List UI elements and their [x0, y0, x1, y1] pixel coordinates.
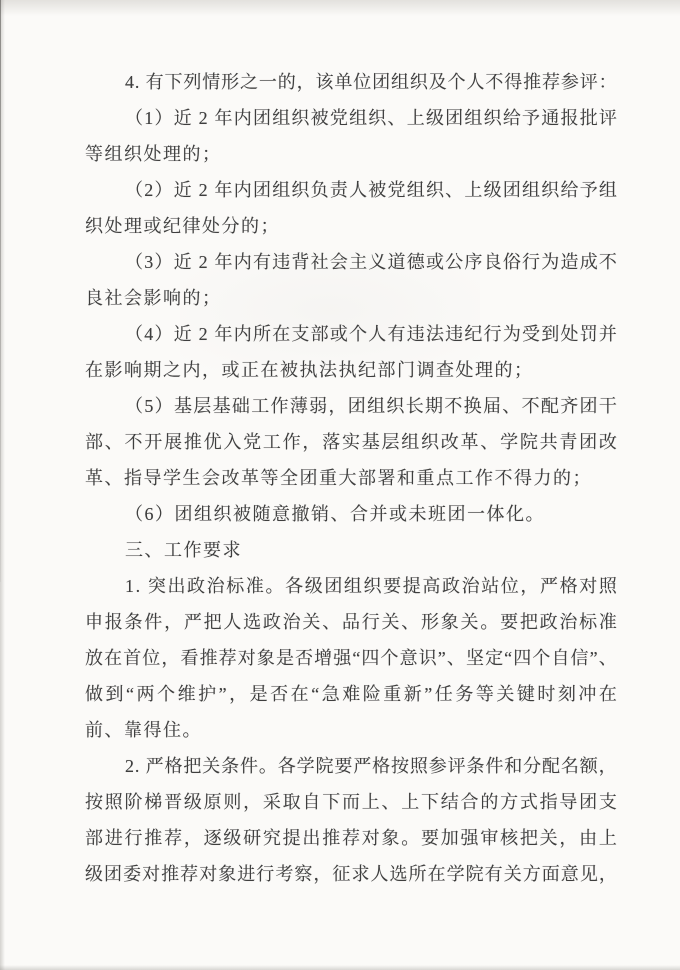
glyph: 内 [234, 316, 252, 352]
glyph: 院 [520, 424, 538, 460]
glyph: 处 [560, 316, 578, 352]
glyph: 要 [334, 748, 352, 784]
text-line: 做到“两个维护”，是否在“急难险重新”任务等关键时刻冲在 [85, 676, 617, 712]
glyph: 定 [485, 640, 503, 676]
glyph: 等 [476, 676, 494, 712]
glyph: ” [219, 676, 227, 712]
glyph: ” [424, 676, 432, 712]
glyph: 配 [542, 748, 560, 784]
glyph: 申 [85, 604, 103, 640]
glyph: . [135, 64, 140, 100]
glyph: 行 [125, 820, 143, 856]
glyph: 不 [522, 388, 540, 424]
glyph: 各 [278, 748, 296, 784]
glyph: 自 [551, 640, 569, 676]
glyph: 长 [406, 388, 424, 424]
text-line: （6）团组织被随意撤销、合并或未班团一体化。 [85, 496, 617, 532]
glyph: ， [559, 820, 577, 856]
glyph: 意 [400, 640, 418, 676]
glyph: 察 [294, 856, 312, 892]
glyph: 级 [426, 100, 444, 136]
text-line: 级团委对推荐对象进行考察，征求人选所在学院有关方面意见， [85, 856, 617, 892]
glyph: 组 [407, 172, 425, 208]
glyph: 通 [541, 100, 559, 136]
glyph: 评 [580, 64, 598, 100]
glyph: （ [125, 172, 143, 208]
glyph: 严 [540, 568, 558, 604]
glyph: 、 [502, 388, 520, 424]
glyph: 增 [314, 640, 332, 676]
glyph: 优 [204, 424, 222, 460]
glyph: 组 [599, 172, 617, 208]
glyph: 层 [193, 388, 211, 424]
glyph: 对 [199, 856, 217, 892]
glyph: ： [599, 64, 617, 100]
glyph: 团 [348, 388, 366, 424]
glyph: 在 [272, 316, 290, 352]
glyph: 个 [448, 64, 466, 100]
glyph: 年 [215, 244, 233, 280]
glyph: 织 [426, 172, 444, 208]
glyph: 人 [349, 172, 367, 208]
glyph: 位 [142, 640, 160, 676]
glyph: 形 [421, 604, 439, 640]
glyph: 组 [272, 100, 290, 136]
glyph: 究 [263, 820, 281, 856]
glyph: 近 [174, 316, 192, 352]
glyph: 级 [305, 568, 323, 604]
glyph: 织 [410, 64, 428, 100]
glyph: 为 [541, 244, 559, 280]
glyph: ） [154, 244, 172, 280]
glyph: 核 [500, 820, 518, 856]
glyph: 方 [500, 784, 518, 820]
glyph: 突 [148, 568, 166, 604]
glyph: 党 [243, 424, 261, 460]
text-line: 部进行推荐，逐级研究提出推荐对象。要加强审核把关，由上 [85, 820, 617, 856]
glyph: 关 [540, 820, 558, 856]
glyph: ” [438, 640, 446, 676]
glyph: 给 [503, 100, 521, 136]
glyph: 逐 [204, 820, 222, 856]
glyph: 不 [599, 244, 617, 280]
glyph: 照 [410, 748, 428, 784]
glyph: 配 [541, 388, 559, 424]
glyph: 单 [334, 64, 352, 100]
glyph: 展 [164, 424, 182, 460]
glyph: 违 [272, 244, 290, 280]
glyph: （ [125, 388, 143, 424]
text-line: 放在首位，看推荐对象是否增强“四个意识”、坚定“四个自信”、 [85, 640, 617, 676]
glyph: 组 [344, 568, 362, 604]
glyph: 织 [421, 424, 439, 460]
glyph: 有 [146, 64, 164, 100]
glyph: 织 [364, 568, 382, 604]
glyph: 有 [388, 316, 406, 352]
glyph: 共 [540, 424, 558, 460]
glyph: 象 [257, 640, 275, 676]
glyph: 推 [322, 820, 340, 856]
glyph: 干 [599, 388, 617, 424]
glyph: 在 [291, 676, 309, 712]
glyph: 站 [481, 568, 499, 604]
glyph: 个 [532, 640, 550, 676]
glyph: 关 [461, 604, 479, 640]
glyph: 上 [401, 784, 419, 820]
glyph: 1 [144, 100, 153, 136]
glyph: 团 [579, 424, 597, 460]
glyph: 年 [215, 316, 233, 352]
text-line: （3）近 2 年内有违背社会主义道德或公序良俗行为造成不 [85, 244, 617, 280]
glyph: 社 [311, 244, 329, 280]
text-line: （2）近 2 年内团组织负责人被党组织、上级团组织给予组 [85, 172, 617, 208]
glyph: 受 [522, 316, 540, 352]
glyph: 有 [253, 244, 271, 280]
glyph: 的 [480, 784, 498, 820]
glyph: 准 [599, 604, 617, 640]
glyph: 则 [223, 784, 241, 820]
glyph: 严 [353, 748, 371, 784]
glyph: 织 [484, 100, 502, 136]
glyph: 纪 [464, 316, 482, 352]
glyph [209, 100, 214, 136]
glyph: 到 [106, 676, 124, 712]
glyph: 额 [580, 748, 598, 784]
glyph: 予 [522, 100, 540, 136]
glyph: 序 [464, 244, 482, 280]
glyph: 对 [142, 856, 160, 892]
glyph: 考 [275, 856, 293, 892]
text-line: 1. 突出政治标准。各级团组织要提高政治站位，严格对照 [85, 568, 617, 604]
glyph: 强 [461, 820, 479, 856]
glyph: 革 [461, 424, 479, 460]
glyph: 2 [125, 748, 134, 784]
glyph: 象 [381, 820, 399, 856]
glyph: 行 [484, 316, 502, 352]
glyph: 部 [85, 820, 103, 856]
glyph: 予 [580, 172, 598, 208]
glyph: 象 [218, 856, 236, 892]
glyph: 各 [285, 568, 303, 604]
glyph: 、 [105, 424, 123, 460]
glyph: 征 [332, 856, 350, 892]
glyph [209, 316, 214, 352]
glyph: 个 [157, 676, 175, 712]
glyph: 责 [330, 172, 348, 208]
glyph: 支 [599, 784, 617, 820]
glyph: 取 [283, 784, 301, 820]
glyph: 为 [503, 316, 521, 352]
glyph: ， [313, 856, 331, 892]
glyph: 2 [199, 316, 208, 352]
glyph: 、 [599, 640, 617, 676]
glyph: 把 [520, 820, 538, 856]
glyph: 换 [464, 388, 482, 424]
glyph: 青 [559, 424, 577, 460]
text-line: 部、不开展推优入党工作，落实基层组织改革、学院共青团改 [85, 424, 617, 460]
glyph: 政 [540, 604, 558, 640]
glyph: 织 [291, 100, 309, 136]
glyph: ， [243, 784, 261, 820]
glyph: 作 [283, 424, 301, 460]
glyph: 作 [271, 388, 289, 424]
glyph: 近 [174, 100, 192, 136]
glyph: 成 [580, 244, 598, 280]
glyph: 上 [599, 820, 617, 856]
glyph: 是 [250, 676, 268, 712]
glyph: 荐 [180, 856, 198, 892]
glyph: 造 [560, 244, 578, 280]
glyph: 上 [464, 172, 482, 208]
glyph: 级 [223, 820, 241, 856]
text-line: （5）基层基础工作薄弱，团组织长期不换届、不配齐团干 [85, 388, 617, 424]
glyph: 要 [421, 820, 439, 856]
text-line: 等组织处理的； [85, 136, 617, 172]
glyph: 薄 [290, 388, 308, 424]
glyph: 、 [381, 784, 399, 820]
glyph: 组 [401, 424, 419, 460]
glyph: . [136, 568, 141, 604]
glyph: 人 [370, 856, 388, 892]
glyph: 推 [144, 820, 162, 856]
glyph: 或 [330, 316, 348, 352]
glyph: 两 [137, 676, 155, 712]
glyph: ， [328, 388, 346, 424]
glyph: ） [154, 172, 172, 208]
glyph: ） [155, 388, 173, 424]
glyph: 推 [200, 640, 218, 676]
glyph: 到 [541, 316, 559, 352]
glyph: 层 [381, 424, 399, 460]
glyph: 务 [455, 676, 473, 712]
scan-edge-line [0, 0, 1, 582]
glyph: 期 [425, 388, 443, 424]
glyph: 首 [123, 640, 141, 676]
glyph: 关 [504, 856, 522, 892]
glyph: 位 [353, 64, 371, 100]
text-line: 革、指导学生会改革等全团重大部署和重点工作不得力的； [85, 460, 617, 496]
glyph: 组 [391, 64, 409, 100]
glyph: （ [125, 244, 143, 280]
glyph: 、 [447, 640, 465, 676]
glyph: 2 [199, 172, 208, 208]
glyph: 梯 [144, 784, 162, 820]
glyph: 加 [441, 820, 459, 856]
glyph: 2 [144, 172, 153, 208]
glyph: 政 [263, 604, 281, 640]
glyph: 对 [579, 568, 597, 604]
glyph: 人 [223, 604, 241, 640]
glyph: ， [184, 820, 202, 856]
glyph: 治 [462, 568, 480, 604]
glyph: 政 [442, 568, 460, 604]
glyph: 高 [422, 568, 440, 604]
glyph: 团 [580, 388, 598, 424]
glyph: 提 [283, 820, 301, 856]
glyph: 推 [523, 64, 541, 100]
glyph: 是 [276, 640, 294, 676]
glyph: 级 [184, 784, 202, 820]
glyph: 得 [504, 64, 522, 100]
glyph: 式 [520, 784, 538, 820]
glyph: ， [520, 568, 538, 604]
glyph: 学 [500, 424, 518, 460]
glyph: 难 [342, 676, 360, 712]
glyph: ， [164, 604, 182, 640]
glyph: 时 [537, 676, 555, 712]
glyph: 准 [246, 568, 264, 604]
glyph: （ [125, 100, 143, 136]
glyph: . [135, 748, 140, 784]
glyph: 道 [388, 244, 406, 280]
glyph: 评 [599, 100, 617, 136]
text-line: 前、靠得住。 [85, 712, 617, 748]
glyph: 标 [579, 604, 597, 640]
glyph: 入 [223, 424, 241, 460]
glyph: 级 [85, 856, 103, 892]
glyph: 背 [291, 244, 309, 280]
glyph: 院 [466, 856, 484, 892]
glyph: 研 [243, 820, 261, 856]
glyph: 。 [265, 568, 283, 604]
glyph: 工 [251, 388, 269, 424]
glyph: 、 [480, 424, 498, 460]
glyph: 工 [263, 424, 281, 460]
glyph: 一 [259, 64, 277, 100]
glyph [140, 748, 145, 784]
glyph: 近 [174, 244, 192, 280]
glyph: 报 [560, 100, 578, 136]
glyph: 象 [441, 604, 459, 640]
glyph: 方 [523, 856, 541, 892]
glyph: 团 [579, 784, 597, 820]
glyph: 3 [144, 244, 153, 280]
glyph: 、 [445, 172, 463, 208]
glyph: 件 [485, 748, 503, 784]
glyph [193, 316, 198, 352]
glyph: 织 [541, 172, 559, 208]
glyph: 5 [144, 388, 153, 424]
glyph: 由 [579, 820, 597, 856]
glyph: 件 [144, 604, 162, 640]
glyph: 键 [517, 676, 535, 712]
glyph: 对 [362, 820, 380, 856]
glyph: “ [311, 676, 319, 712]
glyph: 委 [123, 856, 141, 892]
text-line: 三、工作要求 [85, 532, 617, 568]
text-line: 织处理或纪律处分的； [85, 208, 617, 244]
glyph: 刻 [558, 676, 576, 712]
glyph: 关 [381, 604, 399, 640]
glyph: 近 [174, 172, 192, 208]
glyph: 内 [234, 100, 252, 136]
glyph: 良 [484, 244, 502, 280]
glyph: 按 [391, 748, 409, 784]
glyph: 件 [240, 748, 258, 784]
glyph: 改 [599, 424, 617, 460]
glyph: 团 [503, 172, 521, 208]
glyph: 2 [199, 244, 208, 280]
glyph: 信 [571, 640, 589, 676]
glyph: 织 [368, 100, 386, 136]
glyph: 。 [401, 820, 419, 856]
glyph: 违 [445, 316, 463, 352]
glyph: 把 [204, 604, 222, 640]
glyph: 晋 [164, 784, 182, 820]
glyph: 位 [501, 568, 519, 604]
glyph: 及 [429, 64, 447, 100]
glyph: 分 [523, 748, 541, 784]
glyph: 和 [504, 748, 522, 784]
glyph: 被 [368, 172, 386, 208]
glyph: 报 [105, 604, 123, 640]
glyph: 不 [485, 64, 503, 100]
glyph: 公 [445, 244, 463, 280]
glyph: 列 [183, 64, 201, 100]
text-line: 2. 严格把关条件。各学院要严格按照参评条件和分配名额， [85, 748, 617, 784]
glyph: （ [125, 316, 143, 352]
glyph: 在 [428, 856, 446, 892]
glyph: 之 [240, 64, 258, 100]
glyph: 组 [464, 100, 482, 136]
glyph: 否 [270, 676, 288, 712]
glyph: 要 [500, 604, 518, 640]
glyph [209, 244, 214, 280]
document-page: 4. 有下列情形之一的，该单位团组织及个人不得推荐参评：（1）近 2 年内团组织… [0, 0, 680, 970]
glyph: 严 [184, 604, 202, 640]
glyph: 进 [105, 820, 123, 856]
glyph: 荐 [164, 820, 182, 856]
glyph: 推 [161, 856, 179, 892]
glyph: 组 [367, 388, 385, 424]
glyph: 所 [253, 316, 271, 352]
glyph: 条 [125, 604, 143, 640]
glyph: 支 [291, 316, 309, 352]
glyph: 荐 [219, 640, 237, 676]
glyph: ， [599, 856, 617, 892]
glyph: 人 [467, 64, 485, 100]
glyph: 并 [599, 316, 617, 352]
glyph: 新 [404, 676, 422, 712]
glyph: 格 [165, 748, 183, 784]
glyph [142, 568, 147, 604]
glyph: 放 [85, 640, 103, 676]
glyph: 人 [368, 316, 386, 352]
glyph: 下 [421, 784, 439, 820]
glyph: 下 [165, 64, 183, 100]
glyph: 原 [204, 784, 222, 820]
glyph: 维 [178, 676, 196, 712]
glyph: 参 [561, 64, 579, 100]
glyph: 四 [361, 640, 379, 676]
glyph: 院 [316, 748, 334, 784]
glyph: 出 [302, 820, 320, 856]
glyph: 义 [368, 244, 386, 280]
glyph: 基 [362, 424, 380, 460]
glyph: 齐 [560, 388, 578, 424]
glyph: 照 [105, 784, 123, 820]
glyph: “ [352, 640, 360, 676]
text-line: （4）近 2 年内所在支部或个人有违法违纪行为受到处罚并 [85, 316, 617, 352]
glyph: 结 [441, 784, 459, 820]
text-line: （1）近 2 年内团组织被党组织、上级团组织给予通报批评 [85, 100, 617, 136]
glyph: 上 [407, 100, 425, 136]
glyph: 个 [349, 316, 367, 352]
glyph: 在 [599, 676, 617, 712]
glyph: 选 [243, 604, 261, 640]
glyph: 任 [435, 676, 453, 712]
glyph: 把 [183, 748, 201, 784]
